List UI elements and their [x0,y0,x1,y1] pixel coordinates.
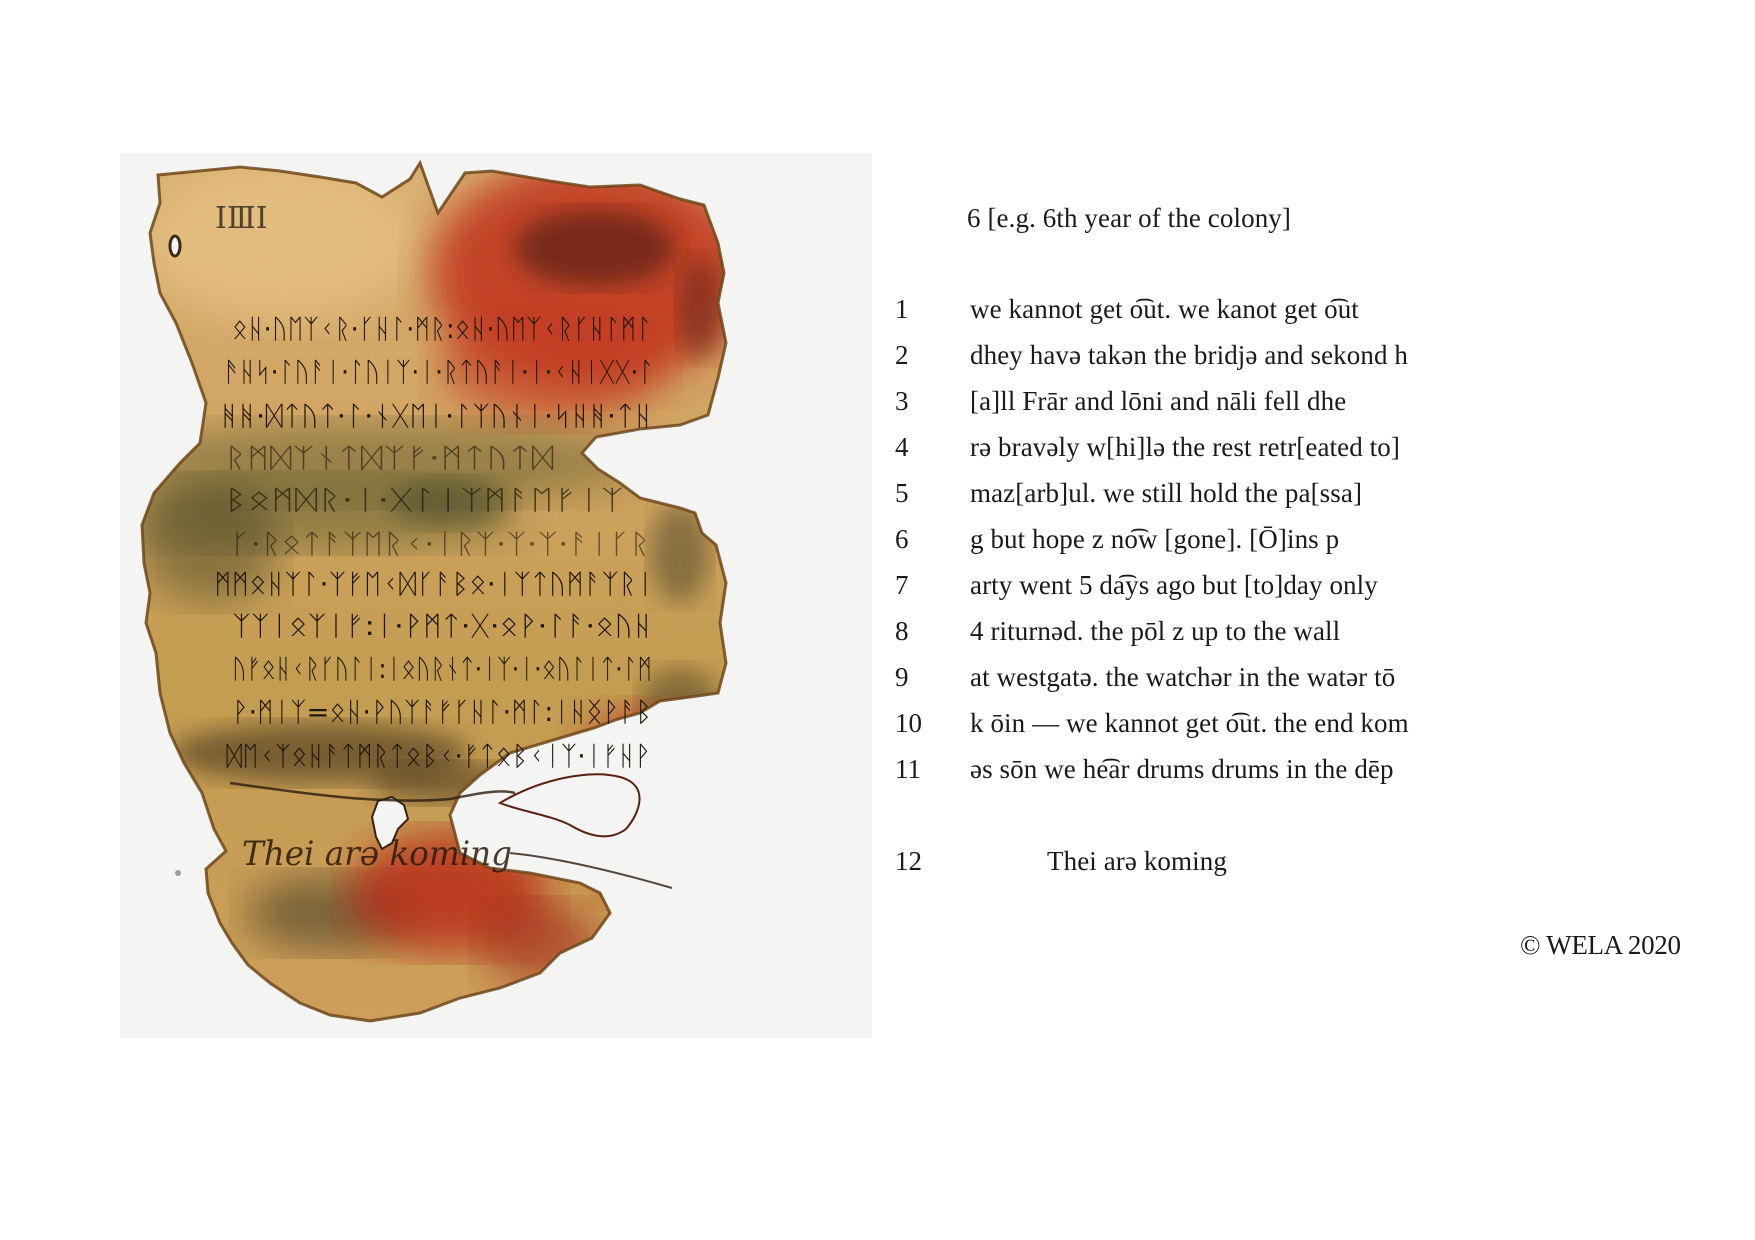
transcript-header: 6 [e.g. 6th year of the colony] [967,205,1291,232]
line-number: 4 [895,434,909,461]
line-number: 1 [895,296,909,323]
transcript-line: 4 riturnəd. the pōl z up to the wall [970,618,1340,645]
roman-numeral: ⅠⅢⅠ [215,201,268,236]
hole [170,236,180,256]
transcript-line: we kannot get o͡ut. we kanot get o͡ut [970,296,1359,323]
line-number: 5 [895,480,909,507]
transcript-line: [a]ll Frār and lōni and nāli fell dhe [970,388,1346,415]
transcript-line: at westgatə. the watchər in the watər tō [970,664,1395,691]
rune-row: ᚢᚠᛟᚺᚲᚱᚴᚢᛚᛁ:ᛁᛟᚢᚱᚾᛏ·ᛁᛉ·ᛁ·ᛟᚢᛚᛁᛏ·ᛚᛗ [232,654,652,685]
rune-row: ᛒᛟᛗᛞᚱ·ᛁ·ᚷᛚᛁᛉᛗᚨᛖᚠᛁᛉ [224,485,624,516]
transcript-line: g but hope z no͡w [gone]. [Ō]ins p [970,526,1339,553]
rune-row: ᚱᛗᛞᛉᚾᛏᛞᛉᚠ·ᛗᛏᚢᛏᛞ [224,443,554,474]
line-number: 7 [895,572,909,599]
line-number: 12 [895,848,922,875]
line-number: 9 [895,664,909,691]
rune-row: ᚹ·ᛗᛁᛉ=ᛟᚺ·ᚹᚢᛉᚨᚠᚴᚺᛚ·ᛗᛚ:ᛁᚺᛝᚹᚨᛒ [232,697,652,728]
transcript-line: rə bravəly w[hi]lə the rest retr[eated t… [970,434,1400,461]
transcript-line: əs sōn we he͡ar drums drums in the dēp [970,756,1394,783]
parchment-illustration: ⅠⅢⅠ ᛟᚺ·ᚢᛖᛉᚲᚱ·ᚴᚺᛚ·ᛗᚱ:ᛟᚺ·ᚢᛖᛉᚲᚱᚴᚺᛚᛗᛚ ᚫᚺᛋ·ᛚᚢ… [120,153,872,1038]
transcript-line: arty went 5 da͡ys ago but [to]day only [970,572,1378,599]
line-number: 3 [895,388,909,415]
copyright-notice: © WELA 2020 [1520,932,1681,959]
rune-row: ᚻᚻ·ᛞᛏᚢᛏ·ᛚ·ᚾᚷᛖᛁ·ᛚᛉᚢᚾᛁ·ᛋᚺᚻ·ᛏᚺ [220,401,652,432]
rune-row: ᛉᛉᛁᛟᛉᛁᚠ:ᛁ·ᚹᛗᛏ·ᚷ·ᛟᚹ·ᛚᚨ·ᛟᚢᚺ [232,611,652,642]
line-number: 11 [895,756,921,783]
line-number: 8 [895,618,909,645]
rune-row: ᛞᛖᚲᛉᛟᚺᚨᛏᛗᚱᛏᛟᛒᚲ·ᚠᛏᛟᛒᚲᛁᛉ·ᛁᚠᚺᚹ [226,741,651,772]
transcript-line: k ōin — we kannot get o͡ut. the end kom [970,710,1409,737]
cursive-signature: Thei arə koming [242,834,512,874]
rune-row: ᛗᛗᛟᚺᛉᛚ·ᛉᚠᛖᚲᛞᚴᚨᛒᛟ·ᛁᛉᛏᚢᛗᚨᛉᚱᛁ [214,569,654,600]
line-number: 2 [895,342,909,369]
pin-mark [175,870,181,876]
parchment-image: ⅠⅢⅠ ᛟᚺ·ᚢᛖᛉᚲᚱ·ᚴᚺᛚ·ᛗᚱ:ᛟᚺ·ᚢᛖᛉᚲᚱᚴᚺᛚᛗᛚ ᚫᚺᛋ·ᛚᚢ… [120,153,872,1038]
rune-row: ᛟᚺ·ᚢᛖᛉᚲᚱ·ᚴᚺᛚ·ᛗᚱ:ᛟᚺ·ᚢᛖᛉᚲᚱᚴᚺᛚᛗᛚ [232,314,652,345]
hole [500,774,640,836]
rune-row: ᚴ·ᚱᛟᛏᚨᛉᛖᚱᚲ·ᛁᚱᛉ·ᛉ·ᛉ·ᚨᛁᚴᚱ [230,529,650,560]
transcript-line: dhey havə takən the bridjə and sekond h [970,342,1408,369]
transcript-line: maz[arb]ul. we still hold the pa[ssa] [970,480,1362,507]
transcript-line-final: Thei arə koming [1047,848,1227,875]
line-number: 6 [895,526,909,553]
line-number: 10 [895,710,922,737]
rune-inscription: ᛟᚺ·ᚢᛖᛉᚲᚱ·ᚴᚺᛚ·ᛗᚱ:ᛟᚺ·ᚢᛖᛉᚲᚱᚴᚺᛚᛗᛚ ᚫᚺᛋ·ᛚᚢᚨᛁ·ᛚ… [214,314,654,772]
rune-row: ᚫᚺᛋ·ᛚᚢᚨᛁ·ᛚᚢᛁᛉ·ᛁ·ᚱᛏᚢᚨᛁ·ᛁ·ᚲᚺᛁᚷᚷ·ᛚ [224,357,654,388]
